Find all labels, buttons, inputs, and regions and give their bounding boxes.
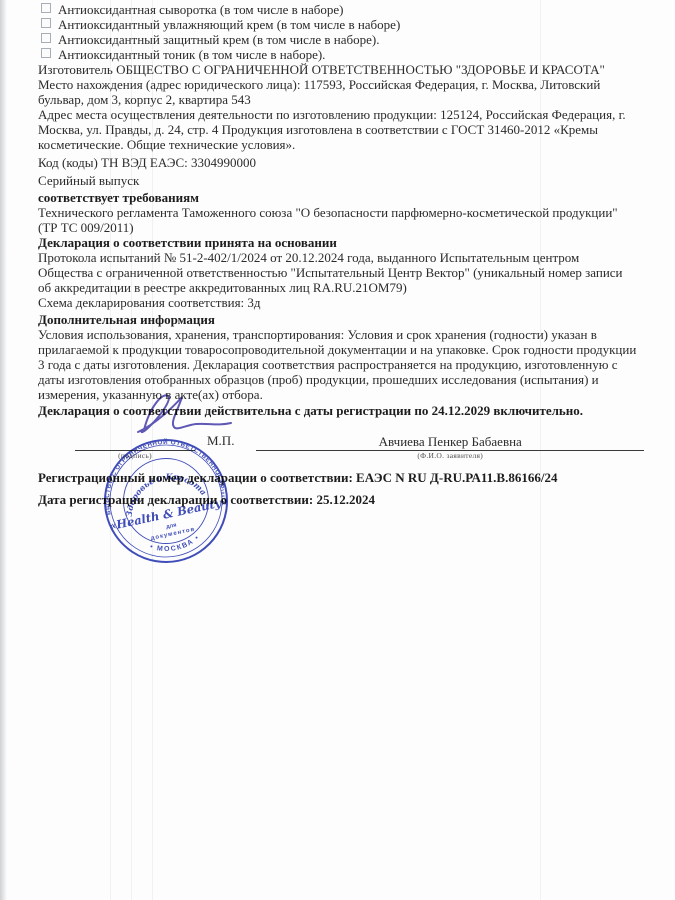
- applicant-name-field: Авчиева Пенкер Бабаевна (Ф.И.О. заявител…: [256, 434, 644, 460]
- additional-info-line: 3 года с даты изготовления. Декларация с…: [38, 357, 644, 372]
- basis-line: об аккредитации в реестре аккредитованны…: [38, 280, 644, 295]
- company-stamp: ОБЩЕСТВО С ОГРАНИЧЕННОЙ ОТВЕТСТВЕННОСТЬЮ…: [99, 434, 233, 568]
- product-item: Антиоксидантный защитный крем (в том чис…: [38, 32, 644, 47]
- checkbox-icon: [41, 18, 51, 28]
- conforms-line: Технического регламента Таможенного союз…: [38, 205, 644, 220]
- product-item: Антиоксидантный увлажняющий крем (в том …: [38, 17, 644, 32]
- additional-info-line: прилагаемой к продукции товаросопроводит…: [38, 342, 644, 357]
- validity-line: Декларация о соответствии действительна …: [38, 403, 644, 418]
- basis-line: Протокола испытаний № 51-2-402/1/2024 от…: [38, 250, 644, 265]
- document-content: Антиоксидантная сыворотка (в том числе в…: [38, 2, 644, 507]
- additional-info-line: Условия использования, хранения, транспо…: [38, 327, 644, 342]
- manufacturer-line: бульвар, дом 3, корпус 2, квартира 543: [38, 92, 644, 107]
- manufacturer-line: Адрес места осуществления деятельности п…: [38, 107, 644, 122]
- handwritten-signature: [130, 390, 240, 438]
- basis-line: Общества с ограниченной ответственностью…: [38, 265, 644, 280]
- scan-edge-shadow: [0, 0, 7, 900]
- serial-issue-line: Серийный выпуск: [38, 173, 644, 188]
- applicant-name-caption: (Ф.И.О. заявителя): [256, 451, 644, 460]
- additional-info-heading: Дополнительная информация: [38, 312, 644, 327]
- manufacturer-line: косметические. Общие технические условия…: [38, 137, 644, 152]
- manufacturer-line: Москва, ул. Правды, д. 24, стр. 4 Продук…: [38, 122, 644, 137]
- checkbox-icon: [41, 33, 51, 43]
- manufacturer-line: Изготовитель ОБЩЕСТВО С ОГРАНИЧЕННОЙ ОТВ…: [38, 62, 644, 77]
- product-item: Антиоксидантная сыворотка (в том числе в…: [38, 2, 644, 17]
- additional-info-line: измерения, указанную в акте(ах) отбора.: [38, 387, 644, 402]
- stamp-for-label: для: [166, 522, 177, 530]
- checkbox-icon: [41, 48, 51, 58]
- checkbox-icon: [41, 3, 51, 13]
- basis-heading: Декларация о соответствии принята на осн…: [38, 235, 644, 250]
- product-label: Антиоксидантный увлажняющий крем (в том …: [58, 17, 400, 32]
- document-page: Антиоксидантная сыворотка (в том числе в…: [0, 0, 675, 900]
- applicant-name: Авчиева Пенкер Бабаевна: [256, 434, 644, 451]
- product-label: Антиоксидантная сыворотка (в том числе в…: [58, 2, 343, 17]
- conforms-heading: соответствует требованиям: [38, 190, 644, 205]
- product-label: Антиоксидантный защитный крем (в том чис…: [58, 32, 379, 47]
- product-label: Антиоксидантный тоник (в том числе в наб…: [58, 47, 325, 62]
- declaration-scheme-line: Схема декларирования соответствия: 3д: [38, 295, 644, 310]
- manufacturer-line: Место нахождения (адрес юридического лиц…: [38, 77, 644, 92]
- additional-info-line: даты изготовления отобранных образцов (п…: [38, 372, 644, 387]
- product-item: Антиоксидантный тоник (в том числе в наб…: [38, 47, 644, 62]
- conforms-line: (ТР ТС 009/2011): [38, 220, 644, 235]
- tnved-code-line: Код (коды) ТН ВЭД ЕАЭС: 3304990000: [38, 155, 644, 170]
